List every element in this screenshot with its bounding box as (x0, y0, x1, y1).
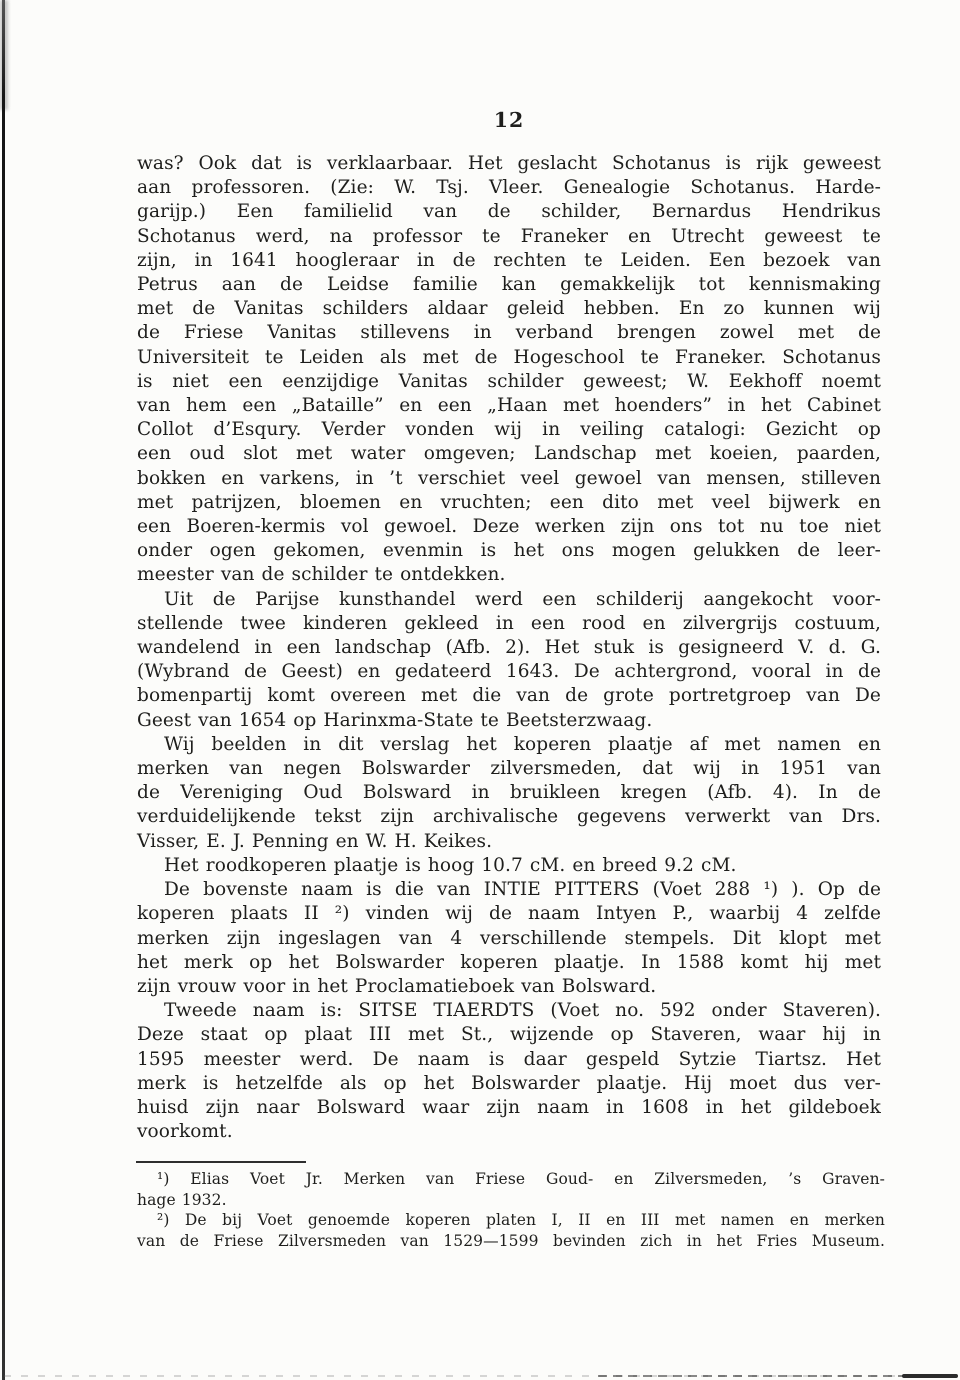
footnote: ¹) Elias Voet Jr. Merken van Friese Goud… (137, 1169, 885, 1210)
scan-edge-line-artifact (2, 0, 5, 1380)
text-line: Tweede naam is: SITSE TIAERDTS (Voet no.… (137, 999, 881, 1023)
text-line: De bovenste naam is die van INTIE PITTER… (137, 878, 881, 902)
paragraph: Het roodkoperen plaatje is hoog 10.7 cM.… (137, 854, 881, 878)
paragraph: was? Ook dat is verklaarbaar. Het geslac… (137, 152, 881, 588)
text-line: Uit de Parijse kunsthandel werd een schi… (137, 588, 881, 612)
text-line: stellende twee kinderen gekleed in een r… (137, 612, 881, 636)
text-line: meester van de schilder te ontdekken. (137, 563, 881, 587)
footnote: ²) De bij Voet genoemde koperen platen I… (137, 1210, 885, 1251)
text-line: zijn, in 1641 hoogleraar in de rechten t… (137, 249, 881, 273)
text-line: Schotanus werd, na professor te Franeker… (137, 225, 881, 249)
text-line: met de Vanitas schilders aldaar geleid h… (137, 297, 881, 321)
text-line: Petrus aan de Leidse familie kan gemakke… (137, 273, 881, 297)
paragraph: Wij beelden in dit verslag het koperen p… (137, 733, 881, 854)
text-line: een Boeren-kermis vol gewoel. Deze werke… (137, 515, 881, 539)
text-line: bomenpartij komt overeen met die van de … (137, 684, 881, 708)
text-line: onder ogen gekomen, evenmin is het ons m… (137, 539, 881, 563)
text-line: merk is hetzelfde als op het Bolswarder … (137, 1072, 881, 1096)
text-line: merken van negen Bolswarder zilversmeden… (137, 757, 881, 781)
text-line: wandelend in een landschap (Afb. 2). Het… (137, 636, 881, 660)
text-line: garijp.) Een familielid van de schilder,… (137, 200, 881, 224)
text-line: verduidelijkende tekst zijn archivalisch… (137, 805, 881, 829)
text-line: is niet een eenzijdige Vanitas schilder … (137, 370, 881, 394)
text-line: een oud slot met water omgeven; Landscha… (137, 442, 881, 466)
text-line: van hem een „Bataille” en een „Haan met … (137, 394, 881, 418)
text-line: (Wybrand de Geest) en gedateerd 1643. De… (137, 660, 881, 684)
text-line: Het roodkoperen plaatje is hoog 10.7 cM.… (137, 854, 881, 878)
text-line: aan professoren. (Zie: W. Tsj. Vleer. Ge… (137, 176, 881, 200)
text-line: was? Ook dat is verklaarbaar. Het geslac… (137, 152, 881, 176)
footnotes: ¹) Elias Voet Jr. Merken van Friese Goud… (137, 1169, 885, 1251)
text-line: huisd zijn naar Bolsward waar zijn naam … (137, 1096, 881, 1120)
text-line: ²) De bij Voet genoemde koperen platen I… (137, 1210, 885, 1231)
text-line: Universiteit te Leiden als met de Hogesc… (137, 346, 881, 370)
text-line: het merk op het Bolswarder koperen plaat… (137, 951, 881, 975)
text-line: merken zijn ingeslagen van 4 verschillen… (137, 927, 881, 951)
text-line: ¹) Elias Voet Jr. Merken van Friese Goud… (137, 1169, 885, 1190)
paragraph: Tweede naam is: SITSE TIAERDTS (Voet no.… (137, 999, 881, 1144)
paragraph: De bovenste naam is die van INTIE PITTER… (137, 878, 881, 999)
text-line: Wij beelden in dit verslag het koperen p… (137, 733, 881, 757)
text-line: Geest van 1654 op Harinxma-State te Beet… (137, 709, 881, 733)
page-number: 12 (137, 107, 881, 133)
text-line: hage 1932. (137, 1190, 885, 1211)
text-line: koperen plaats II ²) vinden wij de naam … (137, 902, 881, 926)
scanned-page: 12 was? Ook dat is verklaarbaar. Het ges… (0, 0, 960, 1380)
text-line: met patrijzen, bloemen en vruchten; een … (137, 491, 881, 515)
text-line: van de Friese Zilversmeden van 1529—1599… (137, 1231, 885, 1252)
text-line: 1595 meester werd. De naam is daar gespe… (137, 1048, 881, 1072)
text-line: Deze staat op plaat III met St., wijzend… (137, 1023, 881, 1047)
page-body: was? Ook dat is verklaarbaar. Het geslac… (137, 152, 881, 1144)
scan-bottom-blob-artifact (902, 1374, 958, 1378)
text-line: Visser, E. J. Penning en W. H. Keikes. (137, 830, 881, 854)
paragraph: Uit de Parijse kunsthandel werd een schi… (137, 588, 881, 733)
footnote-rule (136, 1161, 306, 1163)
text-line: voorkomt. (137, 1120, 881, 1144)
text-line: Collot d’Esqury. Verder vonden wij in ve… (137, 418, 881, 442)
text-line: bokken en varkens, in ’t verschiet veel … (137, 467, 881, 491)
text-line: zijn vrouw voor in het Proclamatieboek v… (137, 975, 881, 999)
text-line: de Vereniging Oud Bolsward in bruikleen … (137, 781, 881, 805)
text-line: de Friese Vanitas stillevens in verband … (137, 321, 881, 345)
